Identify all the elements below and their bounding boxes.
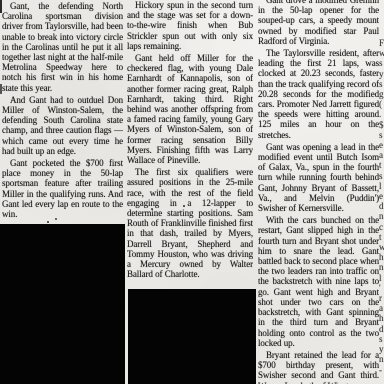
article-paragraph: The Taylorsville resident, after leading… — [258, 48, 379, 140]
article-column-3: Gant drove a modified Gremlin in the 50-… — [258, 0, 379, 384]
scan-speck — [183, 205, 185, 207]
article-paragraph: And Gant had to outduel Don Miller of Wi… — [2, 95, 123, 156]
article-paragraph: The first six qualifiers were assured po… — [127, 167, 253, 279]
article-paragraph: Gant drove a modified Gremlin in the 50-… — [258, 0, 379, 46]
article-paragraph: Bryant retained the lead for a $700 birt… — [258, 350, 379, 384]
article-column-1: Gant, the defending North Carolina sport… — [2, 1, 123, 222]
article-paragraph: Gant was opening a lead in the modified … — [258, 142, 379, 213]
scan-speck — [47, 221, 49, 223]
article-paragraph: With the cars bunched on the restart, Ga… — [258, 215, 379, 348]
article-paragraph: Gant held off Miller for the checkered f… — [127, 53, 253, 165]
scan-speck — [55, 218, 57, 220]
dark-photo-region-left — [0, 224, 125, 384]
dark-photo-region-middle — [128, 289, 256, 384]
article-paragraph: Gant, the defending North Carolina sport… — [2, 1, 123, 93]
article-paragraph: Gant pocketed the $700 first place money… — [2, 158, 123, 219]
scan-artifact-line — [0, 0, 2, 13]
article-column-2: Hickory spun in the second turn and the … — [127, 0, 253, 289]
scan-speck — [151, 208, 153, 210]
article-paragraph: Hickory spun in the second turn and the … — [127, 0, 253, 51]
scan-artifact-tick — [0, 84, 2, 94]
clipped-next-column-edge: F w s y s g ( . $ s e a t s l e d n c t … — [379, 38, 384, 384]
newspaper-clipping-page: Gant, the defending North Carolina sport… — [0, 0, 384, 384]
